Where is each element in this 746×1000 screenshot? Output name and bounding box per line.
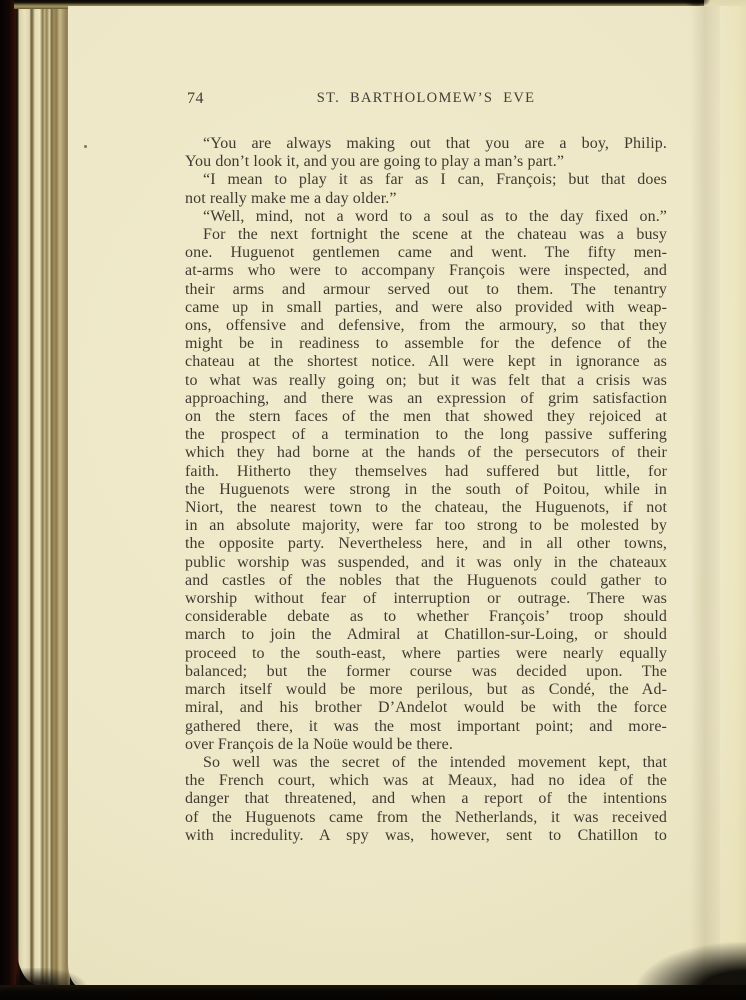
text-line: of the Huguenots came from the Netherlan… <box>185 809 667 827</box>
page-curvature-shading <box>690 6 720 988</box>
text-line: their arms and armour served out to them… <box>185 281 667 299</box>
book-page: 74 ST. BARTHOLOMEW’S EVE “You are always… <box>68 6 746 988</box>
page-header: 74 ST. BARTHOLOMEW’S EVE <box>185 90 667 110</box>
text-line: danger that threatened, and when a repor… <box>185 790 667 808</box>
text-line: came up in small parties, and were also … <box>185 299 667 317</box>
text-line: the opposite party. Nevertheless here, a… <box>185 535 667 553</box>
text-line: balanced; but the former course was deci… <box>185 663 667 681</box>
text-line: faith. Hitherto they themselves had suff… <box>185 463 667 481</box>
book-scan: 74 ST. BARTHOLOMEW’S EVE “You are always… <box>0 0 746 1000</box>
text-line: in an absolute majority, were far too st… <box>185 517 667 535</box>
text-line: which they had borne at the hands of the… <box>185 444 667 462</box>
text-line: So well was the secret of the intended m… <box>185 754 667 772</box>
text-line: the Huguenots were strong in the south o… <box>185 481 667 499</box>
paper-speck <box>84 145 87 148</box>
text-line: public worship was suspended, and it was… <box>185 554 667 572</box>
text-line: chateau at the shortest notice. All were… <box>185 353 667 371</box>
text-line: approaching, and there was an expression… <box>185 390 667 408</box>
running-head: ST. BARTHOLOMEW’S EVE <box>185 90 667 107</box>
text-line: march to join the Admiral at Chatillon-s… <box>185 626 667 644</box>
page-corner-shadow <box>636 942 746 992</box>
bottom-shadow <box>0 985 746 1000</box>
page-content: 74 ST. BARTHOLOMEW’S EVE “You are always… <box>185 90 667 845</box>
text-line: on the stern faces of the men that showe… <box>185 408 667 426</box>
text-line: might be in readiness to assemble for th… <box>185 335 667 353</box>
text-line: “I mean to play it as far as I can, Fran… <box>185 171 667 189</box>
text-line: the prospect of a termination to the lon… <box>185 426 667 444</box>
page-number: 74 <box>187 90 204 108</box>
text-line: gathered there, it was the most importan… <box>185 718 667 736</box>
text-line: not really make me a day older.” <box>185 190 667 208</box>
text-line: the French court, which was at Meaux, ha… <box>185 772 667 790</box>
text-line: You don’t look it, and you are going to … <box>185 153 667 171</box>
text-line: “You are always making out that you are … <box>185 135 667 153</box>
text-line: worship without fear of interruption or … <box>185 590 667 608</box>
text-line: ons, offensive and defensive, from the a… <box>185 317 667 335</box>
text-line: to what was really going on; but it was … <box>185 372 667 390</box>
text-line: over François de la Noüe would be there. <box>185 736 667 754</box>
page-right-edge-highlight <box>720 6 746 988</box>
text-line: considerable debate as to whether Franço… <box>185 608 667 626</box>
text-line: at-arms who were to accompany François w… <box>185 262 667 280</box>
text-line: and castles of the nobles that the Hugue… <box>185 572 667 590</box>
page-edges-stack <box>16 3 70 985</box>
text-line: Niort, the nearest town to the chateau, … <box>185 499 667 517</box>
text-line: For the next fortnight the scene at the … <box>185 226 667 244</box>
text-line: miral, and his brother D’Andelot would b… <box>185 699 667 717</box>
text-line: “Well, mind, not a word to a soul as to … <box>185 208 667 226</box>
text-line: proceed to the south-east, where parties… <box>185 645 667 663</box>
text-line: with incredulity. A spy was, however, se… <box>185 827 667 845</box>
page-body-text: “You are always making out that you are … <box>185 135 667 845</box>
text-line: one. Huguenot gentlemen came and went. T… <box>185 244 667 262</box>
text-line: march itself would be more perilous, but… <box>185 681 667 699</box>
